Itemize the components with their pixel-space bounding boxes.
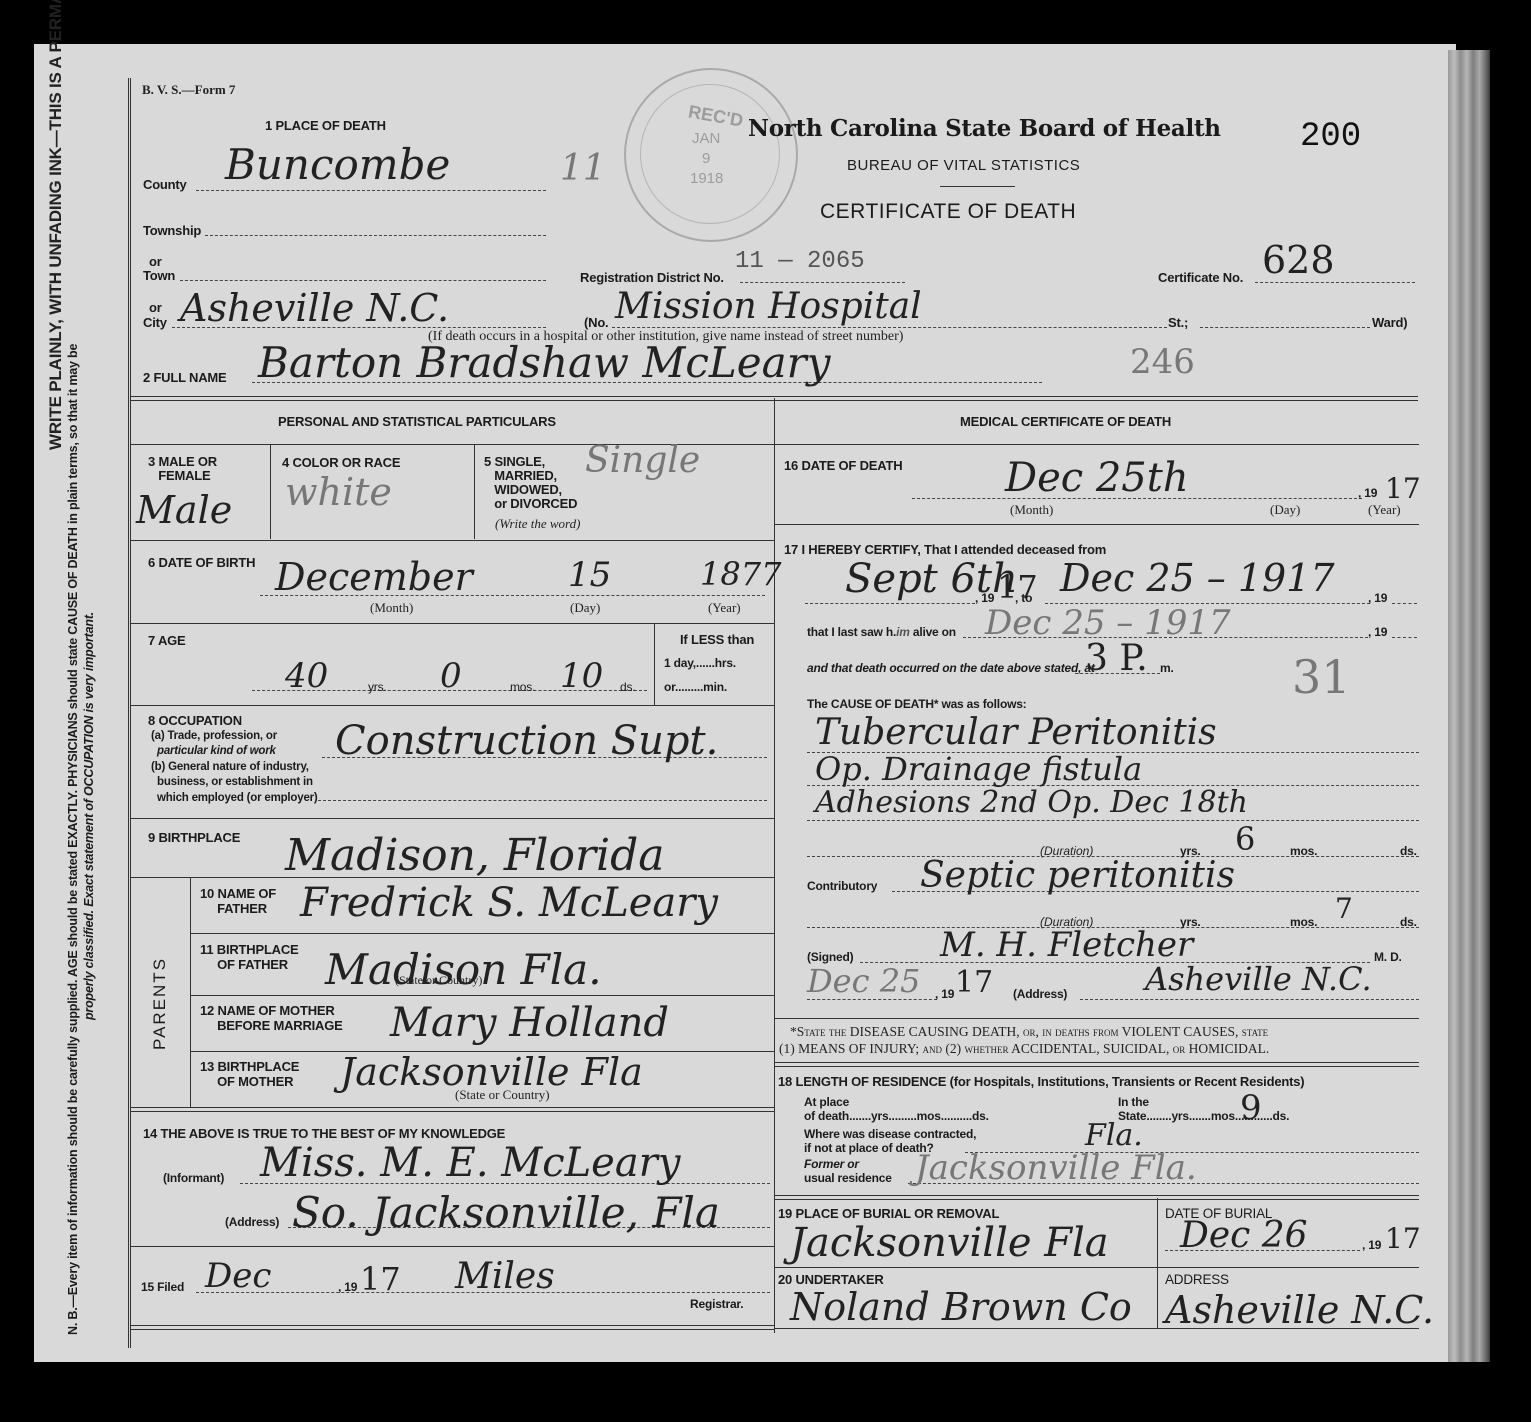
age-days: 10 bbox=[560, 656, 603, 696]
knowledge-label: 14 THE ABOVE IS TRUE TO THE BEST OF MY K… bbox=[143, 1126, 505, 1141]
race-label: 4 COLOR OR RACE bbox=[282, 455, 400, 470]
undertaker-value: Noland Brown Co bbox=[790, 1285, 1132, 1329]
page-stack-edge bbox=[1448, 50, 1490, 1362]
mother-name-value: Mary Holland bbox=[390, 1000, 669, 1046]
date-of-death-value: Dec 25th bbox=[1005, 455, 1189, 501]
father-name-value: Fredrick S. McLeary bbox=[300, 880, 718, 926]
cause-duration-months: 6 bbox=[1235, 820, 1255, 858]
medical-section-header: MEDICAL CERTIFICATE OF DEATH bbox=[960, 414, 1171, 429]
father-name-label: 10 NAME OF FATHER bbox=[200, 886, 276, 916]
dob-year: 1877 bbox=[700, 555, 781, 593]
burial-place-value: Jacksonville Fla bbox=[790, 1220, 1109, 1266]
date-of-death-label: 16 DATE OF DEATH bbox=[784, 458, 902, 473]
physician-signature: M. H. Fletcher bbox=[940, 925, 1193, 965]
parents-label: PARENTS bbox=[150, 957, 170, 1050]
occupation-value: Construction Supt. bbox=[335, 718, 718, 764]
full-name-annotation: 246 bbox=[1130, 342, 1195, 382]
residence-label: 18 LENGTH OF RESIDENCE (for Hospitals, I… bbox=[778, 1074, 1304, 1089]
burial-date-year: 17 bbox=[1385, 1222, 1421, 1255]
contributory-value: Septic peritonitis bbox=[920, 855, 1235, 896]
page-number: 200 bbox=[1300, 118, 1361, 156]
certify-label: 17 I HEREBY CERTIFY, That I attended dec… bbox=[784, 542, 1106, 557]
registration-district-value: 11 — 2065 bbox=[735, 248, 865, 275]
signed-year: 17 bbox=[955, 965, 993, 1000]
dob-month: December bbox=[275, 555, 473, 599]
date-of-birth-label: 6 DATE OF BIRTH bbox=[148, 555, 255, 570]
cause-line-2: Op. Drainage fistula bbox=[815, 750, 1142, 788]
cause-line-1: Tubercular Peritonitis bbox=[815, 712, 1217, 753]
footnote-line-2: (1) MEANS OF INJURY; and (2) whether ACC… bbox=[779, 1041, 1269, 1057]
race-value: white bbox=[285, 470, 392, 514]
footnote-line-1: *State the DISEASE CAUSING DEATH, or, in… bbox=[790, 1024, 1268, 1040]
filed-month: Dec bbox=[205, 1256, 271, 1296]
informant-address-label: (Address) bbox=[225, 1215, 279, 1229]
received-stamp: REC'D JAN 9 1918 bbox=[624, 68, 798, 242]
residence-at-place: At placeof death.......yrs.........mos..… bbox=[804, 1095, 989, 1123]
age-label: 7 AGE bbox=[148, 633, 186, 648]
signed-date: Dec 25 bbox=[807, 962, 920, 1000]
death-time-label: and that death occurred on the date abov… bbox=[807, 661, 1095, 675]
township-label: Township bbox=[143, 223, 201, 238]
city-value: Asheville N.C. bbox=[180, 286, 449, 330]
town-label: Town bbox=[143, 268, 175, 283]
sex-label: 3 MALE OR FEMALE bbox=[148, 455, 217, 483]
registration-district-label: Registration District No. bbox=[580, 270, 724, 285]
father-birthplace-label: 11 BIRTHPLACE OF FATHER bbox=[200, 942, 299, 972]
undertaker-address-value: Asheville N.C. bbox=[1165, 1288, 1434, 1332]
former-residence-value: Jacksonville Fla. bbox=[915, 1148, 1197, 1188]
date-of-death-year: 17 bbox=[1385, 472, 1421, 505]
place-of-death-label: 1 PLACE OF DEATH bbox=[265, 118, 386, 133]
margin-note-line-2: properly classified. Exact statement of … bbox=[82, 612, 96, 1020]
informant-value: Miss. M. E. McLeary bbox=[260, 1140, 680, 1186]
marital-status-label: 5 SINGLE, MARRIED, WIDOWED, or DIVORCED bbox=[484, 455, 577, 511]
last-saw-value: Dec 25 – 1917 bbox=[985, 603, 1231, 643]
mother-name-label: 12 NAME OF MOTHER BEFORE MARRIAGE bbox=[200, 1003, 343, 1033]
margin-permanent-record: WRITE PLAINLY, WITH UNFADING INK—THIS IS… bbox=[46, 0, 66, 450]
cause-of-death-label: The CAUSE OF DEATH* was as follows: bbox=[807, 697, 1026, 711]
frame-left-border bbox=[128, 78, 131, 1348]
form-id: B. V. S.—Form 7 bbox=[142, 82, 235, 98]
dob-day: 15 bbox=[568, 555, 611, 595]
death-time-value: 3 P. bbox=[1085, 638, 1148, 679]
occupation-label: 8 OCCUPATION (a) Trade, profession, or p… bbox=[148, 714, 318, 805]
certificate-number-value: 628 bbox=[1262, 238, 1335, 282]
informant-address-value: So. Jacksonville, Fla bbox=[292, 1188, 720, 1237]
certificate-number-label: Certificate No. bbox=[1158, 270, 1243, 285]
city-label: City bbox=[143, 315, 167, 330]
birthplace-value: Madison, Florida bbox=[285, 830, 665, 881]
age-years: 40 bbox=[285, 656, 328, 696]
residence-in-state-years: 9 bbox=[1240, 1088, 1262, 1128]
personal-section-header: PERSONAL AND STATISTICAL PARTICULARS bbox=[278, 414, 556, 429]
full-name-value: Barton Bradshaw McLeary bbox=[258, 338, 830, 387]
certificate-paper bbox=[34, 44, 1456, 1362]
institution-value: Mission Hospital bbox=[615, 286, 922, 327]
birthplace-label: 9 BIRTHPLACE bbox=[148, 830, 240, 845]
residence-in-state-label: In theState........yrs.......mos........… bbox=[1118, 1095, 1289, 1123]
full-name-label: 2 FULL NAME bbox=[143, 370, 227, 385]
cause-line-3: Adhesions 2nd Op. Dec 18th bbox=[815, 785, 1248, 820]
county-label: County bbox=[143, 177, 187, 192]
burial-place-label: 19 PLACE OF BURIAL OR REMOVAL bbox=[778, 1206, 999, 1221]
physician-address: Asheville N.C. bbox=[1145, 960, 1372, 998]
mother-birthplace-label: 13 BIRTHPLACE OF MOTHER bbox=[200, 1059, 299, 1089]
county-value: Buncombe bbox=[225, 140, 450, 189]
document-title: CERTIFICATE OF DEATH bbox=[820, 200, 1076, 224]
former-residence-label: Former orusual residence bbox=[804, 1157, 892, 1185]
father-birthplace-value: Madison Fla. bbox=[325, 945, 602, 994]
marital-status-value: Single bbox=[585, 440, 700, 481]
burial-date-value: Dec 26 bbox=[1180, 1215, 1308, 1256]
cause-code-annotation: 31 bbox=[1292, 650, 1351, 704]
informant-label: (Informant) bbox=[163, 1171, 224, 1185]
attended-to: Dec 25 – 1917 bbox=[1060, 556, 1335, 600]
registrar-label: Registrar. bbox=[690, 1297, 743, 1311]
county-code: 11 bbox=[560, 148, 606, 189]
contributory-label: Contributory bbox=[807, 879, 877, 893]
filed-label: 15 Filed bbox=[141, 1280, 184, 1294]
undertaker-address-label: ADDRESS bbox=[1165, 1272, 1229, 1287]
age-months: 0 bbox=[440, 656, 462, 696]
last-saw-label: that I last saw h.im alive on bbox=[807, 625, 956, 639]
agency-title: North Carolina State Board of Health bbox=[748, 115, 1221, 142]
column-divider bbox=[774, 398, 775, 1333]
registrar-signature: Miles bbox=[455, 1256, 555, 1297]
filed-year: 17 bbox=[360, 1260, 401, 1298]
margin-note-line-1: N. B.—Every item of information should b… bbox=[66, 344, 80, 1335]
sex-value: Male bbox=[136, 488, 232, 532]
bureau-title: BUREAU OF VITAL STATISTICS bbox=[847, 157, 1080, 174]
contributory-duration-days: 7 bbox=[1335, 892, 1353, 925]
